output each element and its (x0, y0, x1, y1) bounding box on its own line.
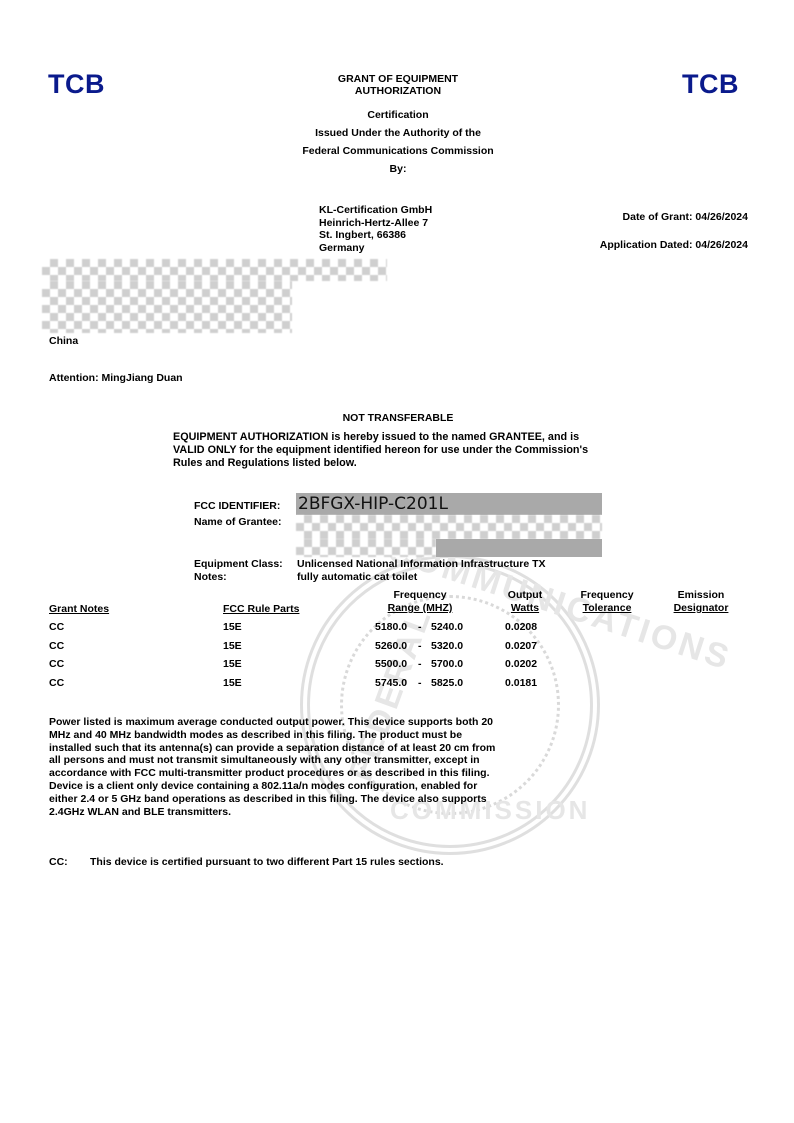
freq-low-cell: 5180.0 (375, 621, 407, 633)
freq-dash: - (418, 658, 422, 670)
remarks-line: all persons and must not transmit simult… (49, 754, 495, 767)
remarks-paragraph: Power listed is maximum average conducte… (49, 716, 495, 818)
document-title: GRANT OF EQUIPMENT AUTHORIZATION (250, 73, 546, 97)
certifier-street: Heinrich-Hertz-Allee 7 (319, 217, 432, 230)
certifier-address: KL-Certification GmbH Heinrich-Hertz-All… (319, 204, 432, 254)
redacted-address-line-2 (42, 281, 292, 333)
certifier-name: KL-Certification GmbH (319, 204, 432, 217)
freq-high-cell: 5320.0 (431, 640, 463, 652)
freq-dash: - (418, 677, 422, 689)
attention-line: Attention: MingJiang Duan (49, 372, 183, 384)
application-dated: Application Dated: 04/26/2024 (600, 239, 748, 251)
date-of-grant: Date of Grant: 04/26/2024 (623, 211, 748, 223)
header-emission-designator: Emission Designator (661, 589, 741, 615)
header-grant-notes: Grant Notes (49, 603, 109, 616)
remarks-line: MHz and 40 MHz bandwidth modes as descri… (49, 729, 495, 742)
equipment-class-value: Unlicensed National Information Infrastr… (297, 558, 546, 570)
certification-label: Certification (250, 109, 546, 121)
remarks-line: either 2.4 or 5 GHz band operations as d… (49, 793, 495, 806)
freq-high-cell: 5700.0 (431, 658, 463, 670)
title-line-1: GRANT OF EQUIPMENT (250, 73, 546, 85)
rule-part-cell: 15E (223, 658, 242, 670)
grantee-name-label: Name of Grantee: (194, 516, 282, 528)
rule-part-cell: 15E (223, 621, 242, 633)
output-watts-cell: 0.0202 (505, 658, 537, 670)
output-watts-cell: 0.0208 (505, 621, 537, 633)
title-line-2: AUTHORIZATION (250, 85, 546, 97)
header-rule-parts: FCC Rule Parts (223, 603, 299, 616)
redacted-address-line-1 (42, 259, 387, 281)
tcb-logo-right: TCB (682, 69, 739, 100)
remarks-line: installed such that its antenna(s) can p… (49, 742, 495, 755)
notice-line-2: VALID ONLY for the equipment identified … (173, 444, 588, 457)
redacted-grantee-name-2 (296, 539, 436, 557)
freq-low-cell: 5260.0 (375, 640, 407, 652)
equipment-class-label: Equipment Class: (194, 558, 283, 570)
remarks-line: Power listed is maximum average conducte… (49, 716, 495, 729)
grant-note-cell: CC (49, 658, 64, 670)
certifier-city: St. Ingbert, 66386 (319, 229, 432, 242)
footnote-code: CC: (49, 856, 68, 868)
issued-line-1: Issued Under the Authority of the (250, 127, 546, 139)
tcb-logo-left: TCB (48, 69, 105, 100)
grantee-gray-fill (436, 539, 602, 557)
notes-value: fully automatic cat toilet (297, 571, 417, 583)
fcc-id-label: FCC IDENTIFIER: (194, 500, 280, 512)
grant-note-cell: CC (49, 677, 64, 689)
header-frequency-tolerance: Frequency Tolerance (567, 589, 647, 615)
grant-note-cell: CC (49, 621, 64, 633)
by-label: By: (250, 163, 546, 175)
authorization-notice: EQUIPMENT AUTHORIZATION is hereby issued… (173, 431, 588, 469)
output-watts-cell: 0.0207 (505, 640, 537, 652)
not-transferable-title: NOT TRANSFERABLE (250, 412, 546, 424)
rule-part-cell: 15E (223, 677, 242, 689)
notice-line-1: EQUIPMENT AUTHORIZATION is hereby issued… (173, 431, 588, 444)
header-output-watts: Output Watts (495, 589, 555, 615)
freq-dash: - (418, 621, 422, 633)
output-watts-cell: 0.0181 (505, 677, 537, 689)
redacted-grantee-name-1 (296, 515, 602, 539)
grantee-country: China (49, 335, 78, 347)
certifier-country: Germany (319, 242, 432, 255)
grant-note-cell: CC (49, 640, 64, 652)
remarks-line: Device is a client only device containin… (49, 780, 495, 793)
issued-line-2: Federal Communications Commission (250, 145, 546, 157)
fcc-id-value: 2BFGX-HIP-C201L (298, 494, 448, 514)
freq-low-cell: 5500.0 (375, 658, 407, 670)
remarks-line: accordance with FCC multi-transmitter pr… (49, 767, 495, 780)
notes-label: Notes: (194, 571, 227, 583)
rule-part-cell: 15E (223, 640, 242, 652)
freq-dash: - (418, 640, 422, 652)
freq-low-cell: 5745.0 (375, 677, 407, 689)
remarks-line: 2.4GHz WLAN and BLE transmitters. (49, 806, 495, 819)
notice-line-3: Rules and Regulations listed below. (173, 457, 588, 470)
header-frequency-range: Frequency Range (MHZ) (370, 589, 470, 615)
footnote-text: This device is certified pursuant to two… (90, 856, 444, 868)
freq-high-cell: 5825.0 (431, 677, 463, 689)
freq-high-cell: 5240.0 (431, 621, 463, 633)
